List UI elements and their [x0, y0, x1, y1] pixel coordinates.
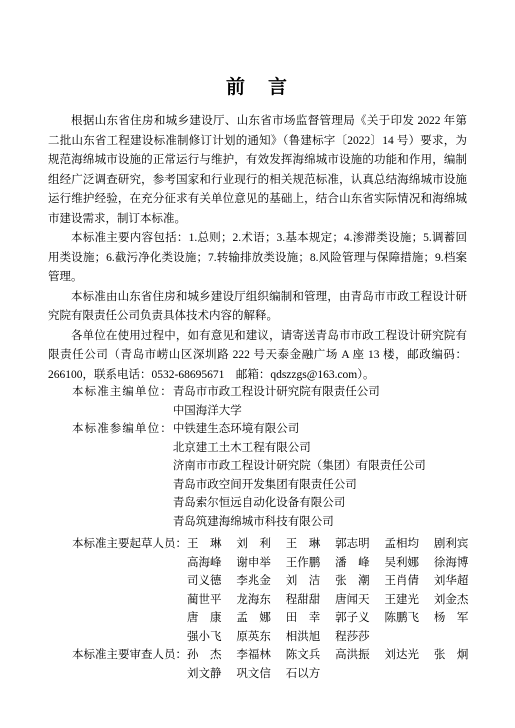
- drafter-name: 龙海东: [236, 591, 271, 610]
- drafter-name: 李兆金: [236, 572, 271, 591]
- drafter-name: 陈鹏飞: [385, 609, 420, 628]
- drafter-name: 程甜甜: [286, 591, 321, 610]
- drafters-names: 王 琳 刘 利 王 琳 郭志明 孟相均 剧利宾 高海峰 谢申举 王作鹏 潘 峰 …: [187, 535, 480, 646]
- drafter-name: 刘 利: [236, 535, 271, 554]
- drafter-name: 剧利宾: [434, 535, 469, 554]
- page-title: 前 言: [48, 72, 467, 99]
- participating-label: 本标准参编单位：: [72, 420, 173, 439]
- reviewer-name: 高洪振: [335, 646, 370, 665]
- paragraph-basis: 根据山东省住房和城乡建设厅、山东省市场监督管理局《关于印发 2022 年第二批山…: [48, 112, 467, 229]
- drafter-name: 高海峰: [187, 554, 222, 573]
- drafter-name: 孟 娜: [236, 609, 271, 628]
- reviewer-name: 石以方: [286, 665, 321, 684]
- unit-name: 中铁建生态环境有限公司: [173, 420, 426, 439]
- chief-editor-label: 本标准主编单位：: [72, 383, 173, 402]
- drafter-name: 刘金杰: [434, 591, 469, 610]
- unit-name: 青岛筑建海绵城市科技有限公司: [173, 513, 426, 532]
- drafter-name: 吴利娜: [385, 554, 420, 573]
- drafter-name: 强小飞: [187, 628, 222, 647]
- drafter-name: 王 琳: [286, 535, 321, 554]
- drafter-name: 张 潮: [335, 572, 370, 591]
- drafter-name: 王作鹏: [286, 554, 321, 573]
- reviewer-row: 刘文静 巩文信 石以方: [187, 665, 480, 684]
- drafter-row: 司义德 李兆金 刘 洁 张 潮 王肖倩 刘华超: [187, 572, 480, 591]
- drafter-name: 唐 康: [187, 609, 222, 628]
- unit-name: 青岛市政空间开发集团有限责任公司: [173, 476, 426, 495]
- drafter-name: 杨 军: [434, 609, 469, 628]
- reviewers-names: 孙 杰 李福林 陈文兵 高洪振 刘达光 张 炯 刘文静 巩文信 石以方: [187, 646, 480, 683]
- participating-section: 本标准参编单位： 中铁建生态环境有限公司 北京建工土木工程有限公司 济南市市政工…: [48, 420, 467, 531]
- drafter-row: 蔺世平 龙海东 程甜甜 唐闻天 王建光 刘金杰: [187, 591, 480, 610]
- drafter-name: 王 琳: [187, 535, 222, 554]
- paragraph-feedback: 各单位在使用过程中，如有意见和建议，请寄送青岛市市政工程设计研究院有限责任公司（…: [48, 327, 467, 386]
- reviewer-name: 巩文信: [236, 665, 271, 684]
- drafter-name: 刘 洁: [286, 572, 321, 591]
- drafter-row: 高海峰 谢申举 王作鹏 潘 峰 吴利娜 徐海博: [187, 554, 480, 573]
- drafter-name: 刘华超: [434, 572, 469, 591]
- reviewer-name: 孙 杰: [187, 646, 222, 665]
- drafter-name: 郭子义: [335, 609, 370, 628]
- drafter-name: 谢申举: [236, 554, 271, 573]
- reviewers-section: 本标准主要审查人员： 孙 杰 李福林 陈文兵 高洪振 刘达光 张 炯 刘文静 巩…: [48, 646, 467, 683]
- drafter-name: 蔺世平: [187, 591, 222, 610]
- drafter-name: 田 幸: [286, 609, 321, 628]
- reviewer-name: 李福林: [236, 646, 271, 665]
- drafter-name: 王肖倩: [385, 572, 420, 591]
- drafter-row: 唐 康 孟 娜 田 幸 郭子义 陈鹏飞 杨 军: [187, 609, 480, 628]
- participating-units: 中铁建生态环境有限公司 北京建工土木工程有限公司 济南市市政工程设计研究院（集团…: [173, 420, 426, 531]
- unit-name: 中国海洋大学: [173, 402, 380, 421]
- drafter-name: 相洪旭: [286, 628, 321, 647]
- unit-name: 北京建工土木工程有限公司: [173, 439, 426, 458]
- chief-editor-section: 本标准主编单位： 青岛市市政工程设计研究院有限责任公司 中国海洋大学: [48, 383, 467, 420]
- drafter-name: 原英东: [236, 628, 271, 647]
- unit-name: 济南市市政工程设计研究院（集团）有限责任公司: [173, 457, 426, 476]
- reviewer-row: 孙 杰 李福林 陈文兵 高洪振 刘达光 张 炯: [187, 646, 480, 665]
- paragraph-contents: 本标准主要内容包括：1.总则；2.术语；3.基本规定；4.渗滞类设施；5.调蓄回…: [48, 229, 467, 288]
- drafter-name: 司义德: [187, 572, 222, 591]
- chief-editor-units: 青岛市市政工程设计研究院有限责任公司 中国海洋大学: [173, 383, 380, 420]
- reviewer-name: 刘达光: [385, 646, 420, 665]
- unit-name: 青岛索尔恒远自动化设备有限公司: [173, 494, 426, 513]
- drafter-name: 程莎莎: [335, 628, 370, 647]
- paragraph-management: 本标准由山东省住房和城乡建设厅组织编制和管理，由青岛市市政工程设计研究院有限责任…: [48, 288, 467, 327]
- drafter-name: 王建光: [385, 591, 420, 610]
- drafter-name: 郭志明: [335, 535, 370, 554]
- drafter-name: 孟相均: [385, 535, 420, 554]
- drafter-row: 强小飞 原英东 相洪旭 程莎莎: [187, 628, 480, 647]
- reviewer-name: 张 炯: [434, 646, 469, 665]
- reviewers-label: 本标准主要审查人员：: [72, 646, 187, 665]
- drafters-label: 本标准主要起草人员：: [72, 535, 187, 554]
- reviewer-name: 刘文静: [187, 665, 222, 684]
- drafter-name: 唐闻天: [335, 591, 370, 610]
- reviewer-name: 陈文兵: [286, 646, 321, 665]
- drafter-name: 徐海博: [434, 554, 469, 573]
- unit-name: 青岛市市政工程设计研究院有限责任公司: [173, 383, 380, 402]
- document-page: 前 言 根据山东省住房和城乡建设厅、山东省市场监督管理局《关于印发 2022 年…: [0, 0, 515, 728]
- drafter-row: 王 琳 刘 利 王 琳 郭志明 孟相均 剧利宾: [187, 535, 480, 554]
- drafter-name: 潘 峰: [335, 554, 370, 573]
- drafters-section: 本标准主要起草人员： 王 琳 刘 利 王 琳 郭志明 孟相均 剧利宾 高海峰 谢…: [48, 535, 467, 646]
